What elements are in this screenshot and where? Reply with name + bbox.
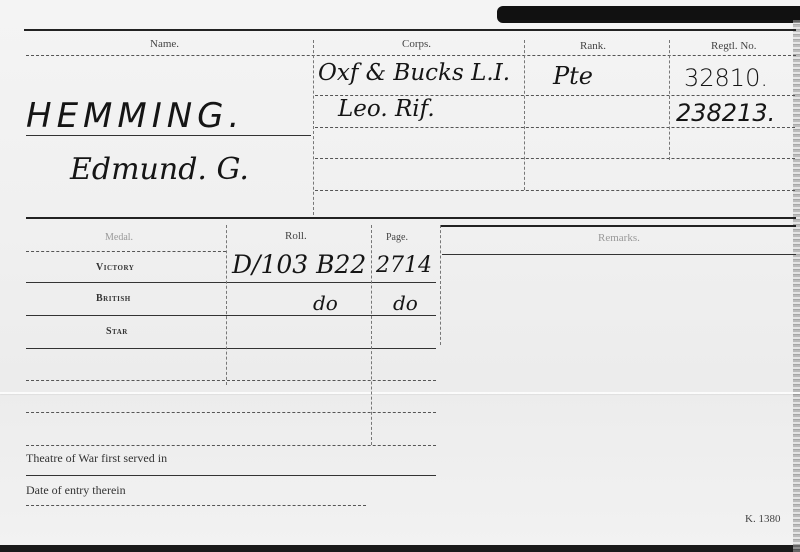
roll-header: Roll. xyxy=(285,230,307,242)
divider-corps-rank xyxy=(524,40,525,190)
rule-row-4 xyxy=(315,190,795,191)
corps-line-2: Leo. Rif. xyxy=(338,96,435,122)
medal-header: Medal. xyxy=(105,232,133,243)
british-roll: do xyxy=(313,291,338,315)
remarks-header: Remarks. xyxy=(598,232,640,244)
rule-blank-1 xyxy=(26,380,436,381)
medal-victory: Victory xyxy=(96,262,134,273)
scan-edge-bottom xyxy=(0,545,800,552)
divider-roll-page xyxy=(371,225,372,445)
divider-name-corps xyxy=(313,40,314,215)
rule-section xyxy=(26,217,796,219)
victory-page: 2714 xyxy=(376,253,432,278)
forenames: Edmund. G. xyxy=(70,152,249,187)
paper-fold xyxy=(0,392,800,394)
scan-edge-top xyxy=(497,6,800,23)
rule-blank-3 xyxy=(26,445,436,446)
form-code: K. 1380 xyxy=(745,513,780,525)
rule-header xyxy=(26,55,796,56)
surname: HEMMING. xyxy=(26,96,244,136)
rule-star xyxy=(26,348,436,349)
rank-header: Rank. xyxy=(580,40,606,52)
theatre-label: Theatre of War first served in xyxy=(26,451,167,466)
rule-medal-header xyxy=(26,251,226,252)
rule-top xyxy=(24,29,796,31)
rule-theatre xyxy=(26,475,436,476)
rank-value: Pte xyxy=(553,62,593,90)
rule-blank-2 xyxy=(26,412,436,413)
name-header: Name. xyxy=(150,38,179,50)
rule-remarks-top xyxy=(440,225,796,227)
page-header: Page. xyxy=(386,232,408,243)
rule-remarks-header xyxy=(442,254,796,255)
rule-british xyxy=(26,315,436,316)
rule-date-entry xyxy=(26,505,366,506)
medal-star: Star xyxy=(106,326,128,337)
british-page: do xyxy=(393,291,418,315)
medal-index-card: Name. Corps. Rank. Regtl. No. HEMMING. E… xyxy=(0,0,800,552)
corps-header: Corps. xyxy=(402,38,431,50)
divider-rank-regtl xyxy=(669,40,670,160)
regtl-no-1: 32810. xyxy=(684,64,768,92)
victory-roll: D/103 B22 xyxy=(232,250,366,279)
regtl-no-header: Regtl. No. xyxy=(711,40,757,52)
corps-line-1: Oxf & Bucks L.I. xyxy=(318,60,510,86)
divider-medal-roll xyxy=(226,225,227,385)
rule-victory xyxy=(26,282,436,283)
regtl-no-2: 238213. xyxy=(676,99,775,127)
scan-edge-right xyxy=(793,20,800,552)
date-entry-label: Date of entry therein xyxy=(26,483,126,498)
rule-row-3 xyxy=(315,158,795,159)
rule-row-2 xyxy=(315,127,795,128)
medal-british: British xyxy=(96,293,131,304)
divider-page-remarks xyxy=(440,225,441,345)
